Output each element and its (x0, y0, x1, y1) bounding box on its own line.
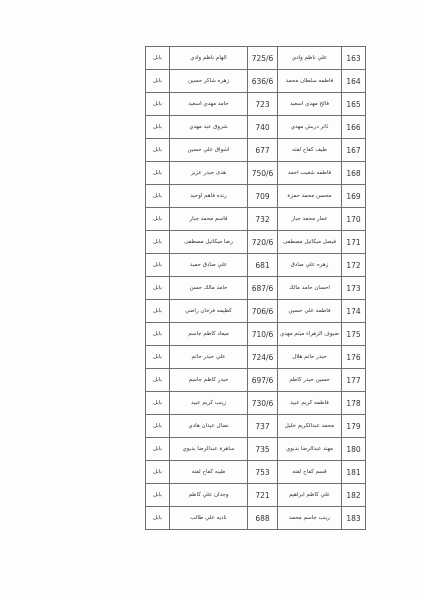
table-row: بابلحامد مهدي اسعيد723فالح مهدي اسعيد165 (146, 93, 366, 116)
primary-name-cell: ثائر دربش مهدي (278, 116, 342, 139)
city-cell: بابل (146, 369, 170, 392)
index-cell: 168 (342, 162, 366, 185)
city-cell: بابل (146, 484, 170, 507)
index-cell: 170 (342, 208, 366, 231)
table-row: بابلساهرة عبدالرضا بديوي735مهند عبدالرضا… (146, 438, 366, 461)
city-cell: بابل (146, 415, 170, 438)
number-cell: 687/6 (248, 277, 278, 300)
city-cell: بابل (146, 323, 170, 346)
index-cell: 174 (342, 300, 366, 323)
index-cell: 163 (342, 47, 366, 70)
number-cell: 710/6 (248, 323, 278, 346)
table-row: بابلالهام ناظم وادي725/6علي ناظم وادي163 (146, 47, 366, 70)
number-cell: 723 (248, 93, 278, 116)
primary-name-cell: زينب جاسم محمد (278, 507, 342, 530)
primary-name-cell: طيف كفاح لفته (278, 139, 342, 162)
table-row: بابلعلي صادق حميد681زهره علي صادق172 (146, 254, 366, 277)
table-row: بابلرضا ميكائيل مصطفى720/6فيصل ميكائيل م… (146, 231, 366, 254)
table-row: بابلنضال عيدان هادي737محمد عبدالكريم خلي… (146, 415, 366, 438)
city-cell: بابل (146, 461, 170, 484)
secondary-name-cell: زهره شاكر حسين (170, 70, 248, 93)
number-cell: 725/6 (248, 47, 278, 70)
primary-name-cell: عمار محمد جبار (278, 208, 342, 231)
number-cell: 681 (248, 254, 278, 277)
number-cell: 740 (248, 116, 278, 139)
number-cell: 724/6 (248, 346, 278, 369)
table-row: بابلاشواق علي حسين677طيف كفاح لفته167 (146, 139, 366, 162)
primary-name-cell: حسين حيدر كاظم (278, 369, 342, 392)
secondary-name-cell: الهام ناظم وادي (170, 47, 248, 70)
table-row: بابلحامد مالك حسن687/6احسان حامد مالك173 (146, 277, 366, 300)
table-row: بابلناديه علي طالب688زينب جاسم محمد183 (146, 507, 366, 530)
index-cell: 179 (342, 415, 366, 438)
city-cell: بابل (146, 116, 170, 139)
table-row: بابلشروق عبد مهدي740ثائر دربش مهدي166 (146, 116, 366, 139)
index-cell: 176 (342, 346, 366, 369)
index-cell: 182 (342, 484, 366, 507)
secondary-name-cell: شروق عبد مهدي (170, 116, 248, 139)
index-cell: 175 (342, 323, 366, 346)
city-cell: بابل (146, 346, 170, 369)
table-row: بابلحيدر كاظم جاسم697/6حسين حيدر كاظم177 (146, 369, 366, 392)
index-cell: 164 (342, 70, 366, 93)
primary-name-cell: ضيوف الزهراء ميثم مهدي (278, 323, 342, 346)
secondary-name-cell: زينب كريم عبيد (170, 392, 248, 415)
city-cell: بابل (146, 277, 170, 300)
index-cell: 171 (342, 231, 366, 254)
table-row: بابلكظيمه فرحان راضي706/6فاطمه علي حسين1… (146, 300, 366, 323)
index-cell: 172 (342, 254, 366, 277)
city-cell: بابل (146, 139, 170, 162)
secondary-name-cell: حامد مهدي اسعيد (170, 93, 248, 116)
number-cell: 730/6 (248, 392, 278, 415)
primary-name-cell: علي كاظم ابراهيم (278, 484, 342, 507)
secondary-name-cell: اشواق علي حسين (170, 139, 248, 162)
index-cell: 169 (342, 185, 366, 208)
index-cell: 167 (342, 139, 366, 162)
secondary-name-cell: كظيمه فرحان راضي (170, 300, 248, 323)
table-row: بابلقاسم محمد جبار732عمار محمد جبار170 (146, 208, 366, 231)
city-cell: بابل (146, 438, 170, 461)
number-cell: 732 (248, 208, 278, 231)
city-cell: بابل (146, 392, 170, 415)
number-cell: 721 (248, 484, 278, 507)
table-row: بابلزينب كريم عبيد730/6فاطمه كريم عبيد17… (146, 392, 366, 415)
table-row: بابلوجدان علي كاظم721علي كاظم ابراهيم182 (146, 484, 366, 507)
secondary-name-cell: ساهرة عبدالرضا بديوي (170, 438, 248, 461)
primary-name-cell: محمد عبدالكريم خليل (278, 415, 342, 438)
index-cell: 178 (342, 392, 366, 415)
index-cell: 177 (342, 369, 366, 392)
number-cell: 636/6 (248, 70, 278, 93)
number-cell: 750/6 (248, 162, 278, 185)
primary-name-cell: احسان حامد مالك (278, 277, 342, 300)
city-cell: بابل (146, 507, 170, 530)
roster-table-body: بابلالهام ناظم وادي725/6علي ناظم وادي163… (146, 47, 366, 530)
city-cell: بابل (146, 70, 170, 93)
primary-name-cell: حيدر حاتم هلال (278, 346, 342, 369)
primary-name-cell: زهره علي صادق (278, 254, 342, 277)
table-row: بابلعلي حيدر حاتم724/6حيدر حاتم هلال176 (146, 346, 366, 369)
city-cell: بابل (146, 300, 170, 323)
table-row: بابلميعاد كاظم جاسم710/6ضيوف الزهراء ميث… (146, 323, 366, 346)
primary-name-cell: فاطمه علي حسين (278, 300, 342, 323)
city-cell: بابل (146, 254, 170, 277)
primary-name-cell: فاطمه شعيب احمد (278, 162, 342, 185)
primary-name-cell: فاطمه كريم عبيد (278, 392, 342, 415)
index-cell: 181 (342, 461, 366, 484)
table-row: بابلطيبه كفاح لفته753قسم كفاح لفته181 (146, 461, 366, 484)
index-cell: 183 (342, 507, 366, 530)
primary-name-cell: علي ناظم وادي (278, 47, 342, 70)
number-cell: 737 (248, 415, 278, 438)
index-cell: 166 (342, 116, 366, 139)
secondary-name-cell: ناديه علي طالب (170, 507, 248, 530)
city-cell: بابل (146, 47, 170, 70)
table-row: بابلزهره شاكر حسين636/6فاطمه سلطان محمد1… (146, 70, 366, 93)
secondary-name-cell: هدى حيدر عزيز (170, 162, 248, 185)
number-cell: 753 (248, 461, 278, 484)
number-cell: 720/6 (248, 231, 278, 254)
number-cell: 706/6 (248, 300, 278, 323)
primary-name-cell: قسم كفاح لفته (278, 461, 342, 484)
number-cell: 709 (248, 185, 278, 208)
secondary-name-cell: رنده فاهم اوحيد (170, 185, 248, 208)
secondary-name-cell: علي حيدر حاتم (170, 346, 248, 369)
number-cell: 697/6 (248, 369, 278, 392)
index-cell: 180 (342, 438, 366, 461)
table-row: بابلرنده فاهم اوحيد709محسن محمد حمزة169 (146, 185, 366, 208)
index-cell: 173 (342, 277, 366, 300)
primary-name-cell: مهند عبدالرضا بديوي (278, 438, 342, 461)
roster-table: بابلالهام ناظم وادي725/6علي ناظم وادي163… (145, 46, 366, 530)
city-cell: بابل (146, 185, 170, 208)
number-cell: 735 (248, 438, 278, 461)
secondary-name-cell: وجدان علي كاظم (170, 484, 248, 507)
index-cell: 165 (342, 93, 366, 116)
primary-name-cell: فاطمه سلطان محمد (278, 70, 342, 93)
city-cell: بابل (146, 208, 170, 231)
primary-name-cell: فالح مهدي اسعيد (278, 93, 342, 116)
secondary-name-cell: نضال عيدان هادي (170, 415, 248, 438)
primary-name-cell: فيصل ميكائيل مصطفى (278, 231, 342, 254)
secondary-name-cell: رضا ميكائيل مصطفى (170, 231, 248, 254)
secondary-name-cell: علي صادق حميد (170, 254, 248, 277)
table-row: بابلهدى حيدر عزيز750/6فاطمه شعيب احمد168 (146, 162, 366, 185)
city-cell: بابل (146, 231, 170, 254)
secondary-name-cell: قاسم محمد جبار (170, 208, 248, 231)
secondary-name-cell: حامد مالك حسن (170, 277, 248, 300)
city-cell: بابل (146, 162, 170, 185)
number-cell: 677 (248, 139, 278, 162)
number-cell: 688 (248, 507, 278, 530)
secondary-name-cell: طيبه كفاح لفته (170, 461, 248, 484)
secondary-name-cell: ميعاد كاظم جاسم (170, 323, 248, 346)
city-cell: بابل (146, 93, 170, 116)
primary-name-cell: محسن محمد حمزة (278, 185, 342, 208)
document-page: بابلالهام ناظم وادي725/6علي ناظم وادي163… (0, 0, 424, 600)
secondary-name-cell: حيدر كاظم جاسم (170, 369, 248, 392)
